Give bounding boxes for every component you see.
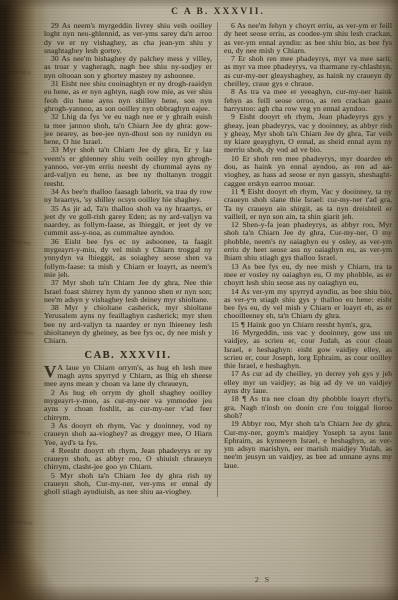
gutter-fragment: dy ghra Chiarn (9, 329, 40, 338)
page-content: C A B. XXXVII. 29 As neem's myrgeddin li… (44, 2, 392, 598)
verse-paragraph: 7 Er shoh ren mee phadeyrys, myr va mee … (224, 55, 392, 88)
verse-paragraph: 10 Er shoh ren mee phadeyrys, myr doarde… (224, 155, 392, 188)
verse-paragraph: 38 Myr y chioltane casherick, myr shiolt… (44, 304, 212, 345)
verse-paragraph: 35 As jir ad, Ta'n thalloo shoh va ny hr… (44, 205, 212, 238)
verse-paragraph: 4 Reesht dooyrt eh rhym, Jean phadeyrys … (44, 447, 212, 472)
verse-paragraph: 8 As tra va mee er yeeaghyn, cur-my-ner … (224, 88, 392, 113)
gutter-fragment: ad marish ny (9, 429, 40, 438)
verse-paragraph: 36 Eisht bee fys ec ny ashoonee, ta faag… (44, 238, 212, 279)
gutter-fragment: rish thie Israel (9, 519, 40, 528)
verse-paragraph: 29 As neem's myrgeddin livrey shiu veih … (44, 22, 212, 55)
verse-paragraph: 2 As hug eh orrym dy gholl shaghey ooill… (44, 389, 212, 422)
verse-paragraph: 12 Shen-y-fa jean phadeyrys, as abbyr ro… (224, 221, 392, 262)
book-gutter: ta mee rall di v'ad er ghra pillooyn lur… (0, 0, 48, 600)
verse-paragraph: 17 As cur ad dy cheilley, yn derrey yeh … (224, 370, 392, 395)
verse-text: A laue yn Chiarn orrym's, as hug eh lesh… (44, 363, 212, 389)
verse-paragraph: 3 As dooyrt eh rhym, Vac y dooinney, vod… (44, 422, 212, 447)
gutter-fragment: pillooyn lurg (9, 239, 40, 248)
chapter-heading: CAB. XXXVII. (44, 352, 212, 360)
running-head: C A B. XXXVII. (44, 7, 392, 17)
verse-paragraph: 34 As bee'n thalloo faasagh laborit, va … (44, 188, 212, 205)
verse-paragraph: 37 Myr shoh ta'n Chiarn Jee dy ghra, Nee… (44, 279, 212, 304)
verse-paragraph: 31 Eisht nee shiu cooinaghtyn er ny drog… (44, 80, 212, 113)
verse-paragraph: 32 Lhig da fys 've eu nagh nee er y ghra… (44, 113, 212, 146)
verse-paragraph: VA laue yn Chiarn orrym's, as hug eh les… (44, 364, 212, 389)
book-page-photo: ta mee rall di v'ad er ghra pillooyn lur… (0, 0, 398, 600)
left-column: 29 As neem's myrgeddin livrey shiu veih … (44, 22, 212, 497)
verse-paragraph: 33 Myr shoh ta'n Chiarn Jee dy ghra, Er … (44, 146, 212, 187)
drop-cap: V (44, 364, 57, 379)
verse-paragraph: 5 Myr shoh ta'n Chiarn Jee dy ghra rish … (44, 472, 212, 497)
verse-paragraph: 9 Eisht dooyrt eh rhym, Jean phadeyrys g… (224, 113, 392, 154)
verse-paragraph: 6 As nee'm fehyn y choyrt erriu, as ver-… (224, 22, 392, 55)
verse-paragraph: 18 ¶ As tra nee cloan dty phobble loayrt… (224, 395, 392, 420)
gutter-fragment: v'ad er ghra (9, 149, 40, 158)
verse-paragraph: 16 Myrgeddin, uss vac y dooinney, gow us… (224, 329, 392, 370)
verse-paragraph: 11 ¶ Eisht dooyrt eh rhym, Vac y dooinne… (224, 188, 392, 221)
text-columns: 29 As neem's myrgeddin livrey shiu veih … (44, 22, 392, 497)
verse-paragraph: 14 As ver-ym my spyrryd ayndiu, as bee s… (224, 288, 392, 321)
verse-paragraph: 30 As nee'm bishaghey dy palchey mess y … (44, 55, 212, 80)
gutter-fragment: ta mee rall di (9, 69, 40, 78)
signature-mark: 2 S (178, 575, 348, 584)
verse-paragraph: 19 Abbyr roo, Myr shoh ta'n Chiarn Jee d… (224, 420, 392, 470)
verse-paragraph: 13 As bee fys eu, dy nee mish y Chiarn, … (224, 263, 392, 288)
right-column: 6 As nee'm fehyn y choyrt erriu, as ver-… (217, 22, 392, 497)
